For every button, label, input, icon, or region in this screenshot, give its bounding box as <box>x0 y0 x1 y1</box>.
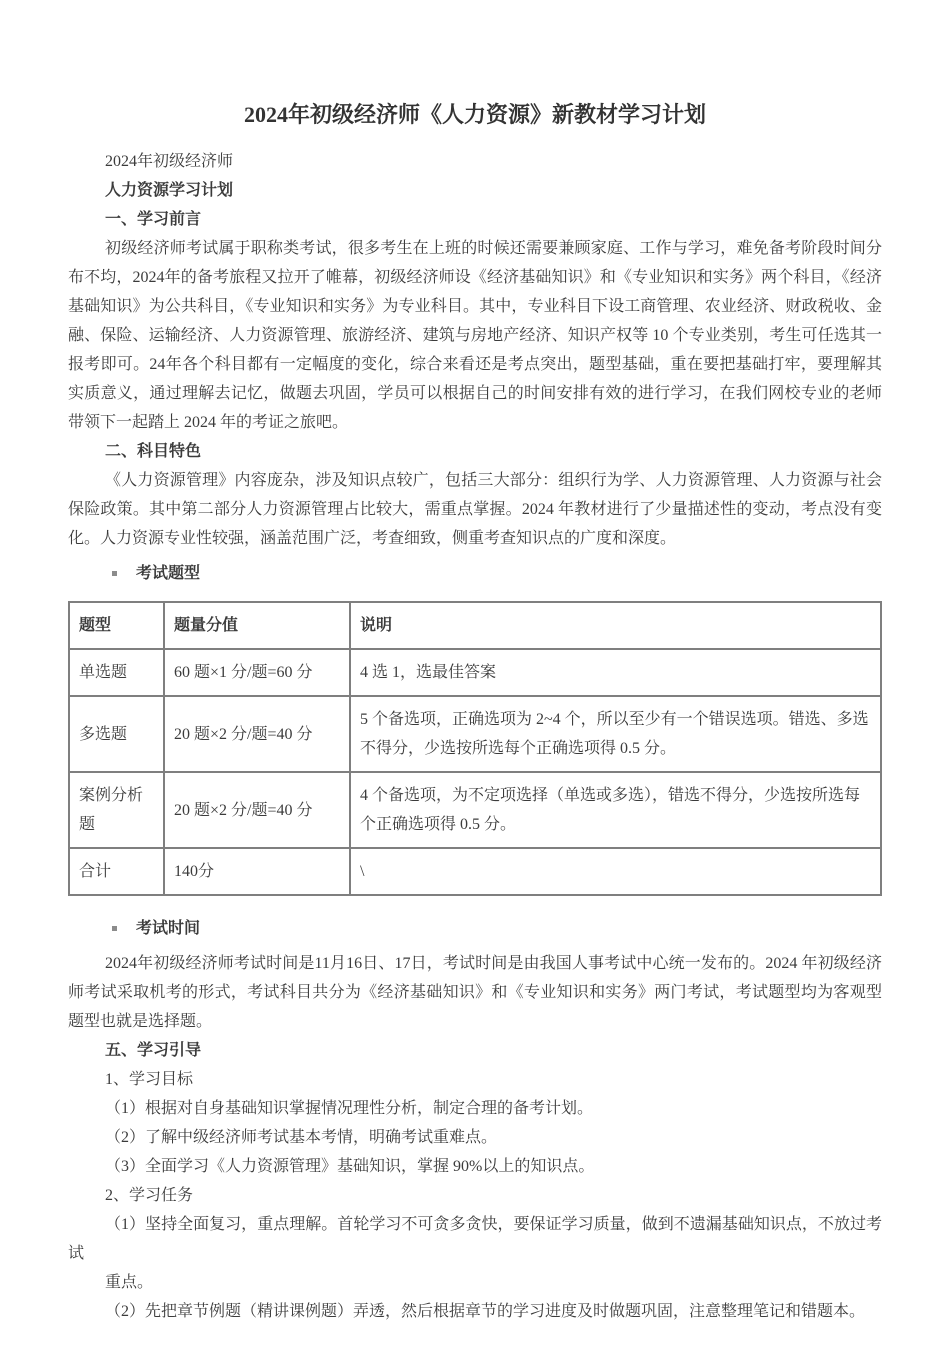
goal-item-2: （2）了解中级经济师考试基本考情，明确考试重难点。 <box>68 1123 882 1152</box>
heading-tasks: 2、学习任务 <box>68 1181 882 1210</box>
cell-quantity-score: 60 题×1 分/题=60 分 <box>164 649 350 696</box>
cell-question-type: 合计 <box>69 848 164 895</box>
table-row-case-analysis: 案例分析题 20 题×2 分/题=40 分 4 个备选项，为不定项选择（单选或多… <box>69 772 881 848</box>
bullet-exam-types-label: 考试题型 <box>136 559 200 588</box>
table-row-multi-choice: 多选题 20 题×2 分/题=40 分 5 个备选项，正确选项为 2~4 个，所… <box>69 696 881 772</box>
task-item-1-continued: 重点。 <box>68 1268 882 1297</box>
bullet-exam-types: 考试题型 <box>112 559 882 588</box>
goal-item-1: （1）根据对自身基础知识掌握情况理性分析，制定合理的备考计划。 <box>68 1094 882 1123</box>
column-header-explanation: 说明 <box>350 602 881 649</box>
bullet-exam-time: 考试时间 <box>112 914 882 943</box>
cell-question-type: 单选题 <box>69 649 164 696</box>
paragraph-features: 《人力资源管理》内容庞杂，涉及知识点较广，包括三大部分：组织行为学、人力资源管理… <box>68 466 882 553</box>
document-title: 2024年初级经济师《人力资源》新教材学习计划 <box>68 100 882 130</box>
goal-item-3: （3）全面学习《人力资源管理》基础知识，掌握 90%以上的知识点。 <box>68 1152 882 1181</box>
cell-quantity-score: 20 题×2 分/题=40 分 <box>164 772 350 848</box>
cell-explanation: 4 选 1，选最佳答案 <box>350 649 881 696</box>
heading-features: 二、科目特色 <box>68 437 882 466</box>
paragraph-exam-time: 2024年初级经济师考试时间是11月16日、17日，考试时间是由我国人事考试中心… <box>68 949 882 1036</box>
column-header-quantity-score: 题量分值 <box>164 602 350 649</box>
cell-explanation: \ <box>350 848 881 895</box>
heading-goals: 1、学习目标 <box>68 1065 882 1094</box>
cell-question-type: 案例分析题 <box>69 772 164 848</box>
cell-quantity-score: 20 题×2 分/题=40 分 <box>164 696 350 772</box>
cell-explanation: 4 个备选项，为不定项选择（单选或多选），错选不得分，少选按所选每个正确选项得 … <box>350 772 881 848</box>
cell-question-type: 多选题 <box>69 696 164 772</box>
heading-preface: 一、学习前言 <box>68 205 882 234</box>
task-item-1: （1）坚持全面复习，重点理解。首轮学习不可贪多贪快，要保证学习质量，做到不遗漏基… <box>68 1210 882 1268</box>
heading-guide: 五、学习引导 <box>68 1036 882 1065</box>
bullet-square-icon <box>112 571 117 576</box>
table-row-total: 合计 140分 \ <box>69 848 881 895</box>
intro-line-plan: 人力资源学习计划 <box>68 176 882 205</box>
paragraph-preface: 初级经济师考试属于职称类考试，很多考生在上班的时候还需要兼顾家庭、工作与学习，难… <box>68 234 882 437</box>
document-page: 2024年初级经济师《人力资源》新教材学习计划 2024年初级经济师 人力资源学… <box>0 0 950 1326</box>
bullet-exam-time-label: 考试时间 <box>136 914 200 943</box>
bullet-square-icon <box>112 926 117 931</box>
cell-quantity-score: 140分 <box>164 848 350 895</box>
exam-types-table: 题型 题量分值 说明 单选题 60 题×1 分/题=60 分 4 选 1，选最佳… <box>68 601 882 896</box>
intro-line-year: 2024年初级经济师 <box>68 147 882 176</box>
table-row-single-choice: 单选题 60 题×1 分/题=60 分 4 选 1，选最佳答案 <box>69 649 881 696</box>
table-header-row: 题型 题量分值 说明 <box>69 602 881 649</box>
task-item-2: （2）先把章节例题（精讲课例题）弄透，然后根据章节的学习进度及时做题巩固，注意整… <box>68 1297 882 1326</box>
column-header-question-type: 题型 <box>69 602 164 649</box>
cell-explanation: 5 个备选项，正确选项为 2~4 个，所以至少有一个错误选项。错选、多选不得分，… <box>350 696 881 772</box>
